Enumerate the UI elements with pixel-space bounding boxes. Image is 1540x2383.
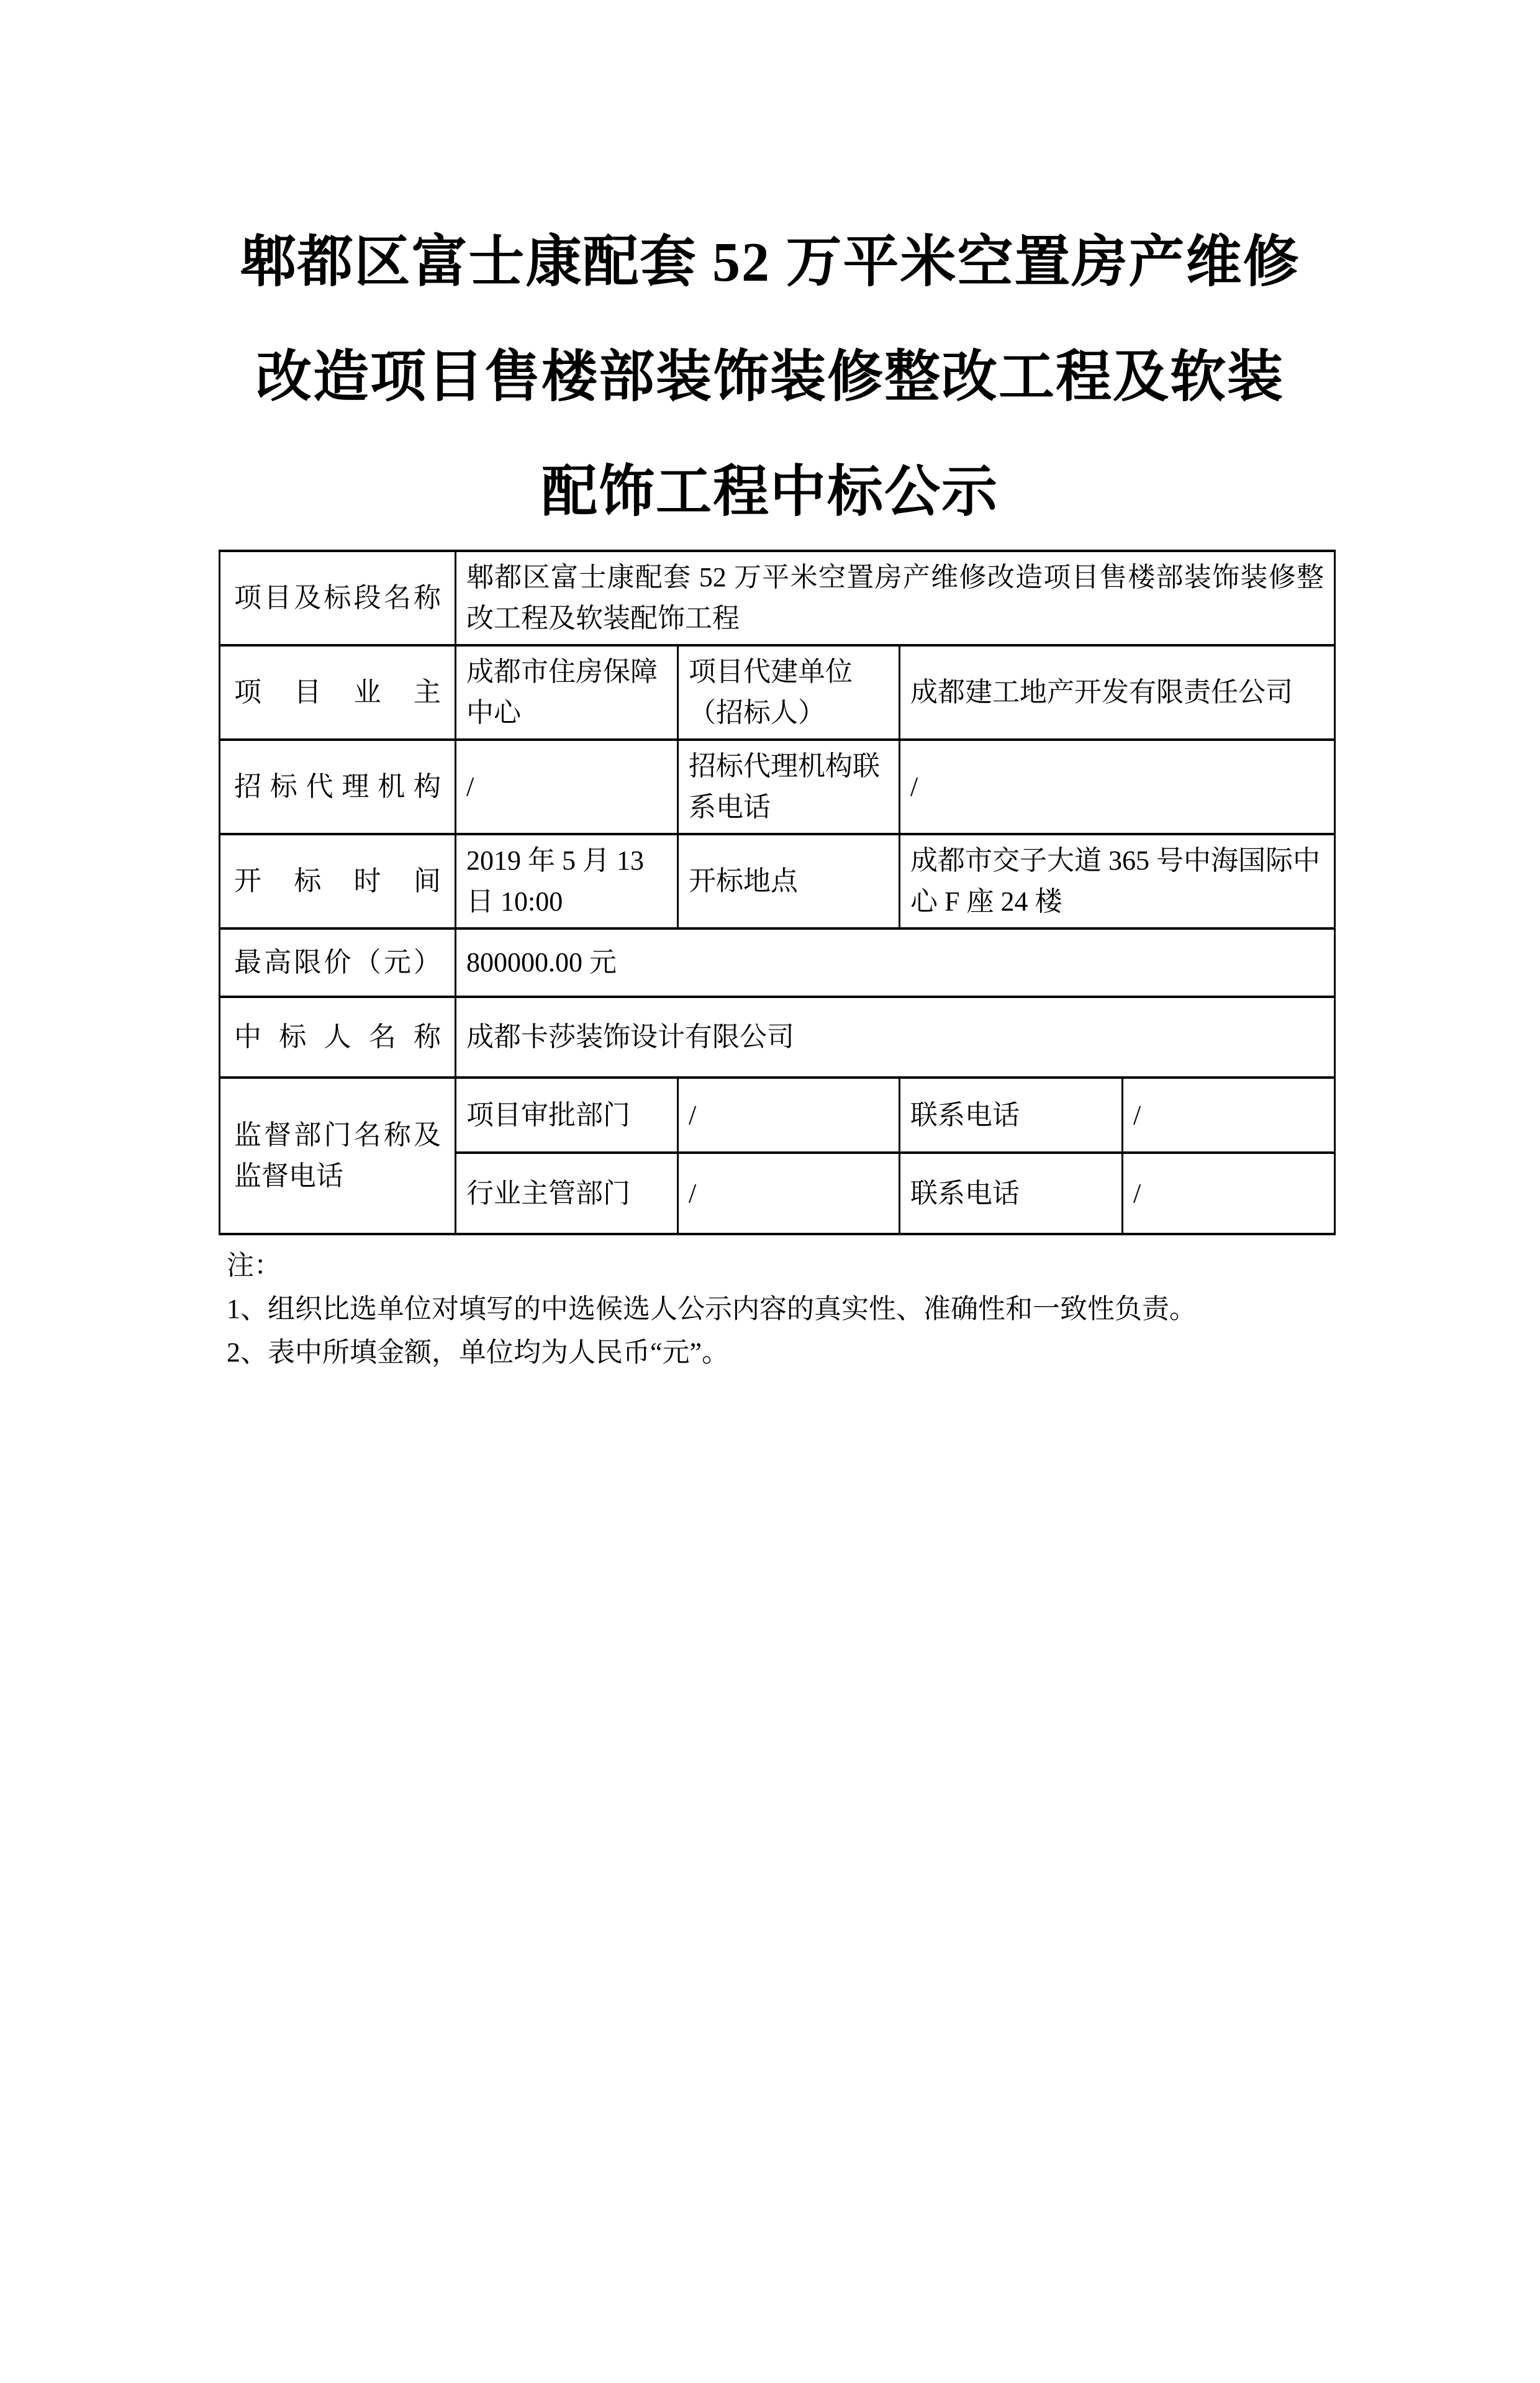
industry-phone-label: 联系电话 — [900, 1153, 1123, 1234]
industry-phone-value: / — [1123, 1153, 1335, 1234]
price-limit-label: 最高限价（元） — [220, 928, 456, 997]
price-limit-value: 800000.00 元 — [456, 928, 1335, 997]
approval-dept-label: 项目审批部门 — [456, 1078, 678, 1153]
agent-unit-label: 项目代建单位（招标人） — [678, 645, 900, 740]
notes-section: 注： 1、组织比选单位对填写的中选候选人公示内容的真实性、准确性和一致性负责。 … — [227, 1244, 1338, 1374]
opening-time-label: 开标时间 — [220, 834, 456, 928]
row-project-name: 项目及标段名称 郫都区富士康配套 52 万平米空置房产维修改造项目售楼部装饰装修… — [220, 551, 1335, 645]
opening-time-value: 2019 年 5 月 13 日 10:00 — [456, 834, 678, 928]
opening-place-label: 开标地点 — [678, 834, 900, 928]
document-title: 郫都区富士康配套 52 万平米空置房产维修 改造项目售楼部装饰装修整改工程及软装… — [87, 205, 1453, 550]
approval-phone-value: / — [1123, 1078, 1335, 1153]
row-winner: 中标人名称 成都卡莎装饰设计有限公司 — [220, 997, 1335, 1078]
row-bidding-agency: 招标代理机构 / 招标代理机构联系电话 / — [220, 740, 1335, 834]
bid-announcement-table: 项目及标段名称 郫都区富士康配套 52 万平米空置房产维修改造项目售楼部装饰装修… — [219, 550, 1336, 1235]
row-price-limit: 最高限价（元） 800000.00 元 — [220, 928, 1335, 997]
project-owner-label: 项目业主 — [220, 645, 456, 740]
supervision-label: 监督部门名称及监督电话 — [220, 1078, 456, 1234]
opening-place-value: 成都市交子大道 365 号中海国际中心 F 座 24 楼 — [900, 834, 1335, 928]
bidding-agency-value: / — [456, 740, 678, 834]
agency-phone-value: / — [900, 740, 1335, 834]
note-item-1: 1、组织比选单位对填写的中选候选人公示内容的真实性、准确性和一致性负责。 — [227, 1287, 1338, 1331]
row-project-owner: 项目业主 成都市住房保障中心 项目代建单位（招标人） 成都建工地产开发有限责任公… — [220, 645, 1335, 740]
row-supervision-1: 监督部门名称及监督电话 项目审批部门 / 联系电话 / — [220, 1078, 1335, 1153]
document-title-line-2: 改造项目售楼部装饰装修整改工程及软装 — [87, 320, 1453, 435]
winner-value: 成都卡莎装饰设计有限公司 — [456, 997, 1335, 1078]
note-item-2: 2、表中所填金额，单位均为人民币“元”。 — [227, 1331, 1338, 1374]
document-title-line-1: 郫都区富士康配套 52 万平米空置房产维修 — [87, 205, 1453, 320]
industry-dept-value: / — [678, 1153, 900, 1234]
project-name-value: 郫都区富士康配套 52 万平米空置房产维修改造项目售楼部装饰装修整改工程及软装配… — [456, 551, 1335, 645]
row-bid-opening: 开标时间 2019 年 5 月 13 日 10:00 开标地点 成都市交子大道 … — [220, 834, 1335, 928]
project-name-label: 项目及标段名称 — [220, 551, 456, 645]
winner-label: 中标人名称 — [220, 997, 456, 1078]
agent-unit-value: 成都建工地产开发有限责任公司 — [900, 645, 1335, 740]
notes-heading: 注： — [227, 1244, 1338, 1287]
project-owner-value: 成都市住房保障中心 — [456, 645, 678, 740]
approval-phone-label: 联系电话 — [900, 1078, 1123, 1153]
bidding-agency-label: 招标代理机构 — [220, 740, 456, 834]
agency-phone-label: 招标代理机构联系电话 — [678, 740, 900, 834]
industry-dept-label: 行业主管部门 — [456, 1153, 678, 1234]
document-title-line-3: 配饰工程中标公示 — [87, 435, 1453, 550]
approval-dept-value: / — [678, 1078, 900, 1153]
